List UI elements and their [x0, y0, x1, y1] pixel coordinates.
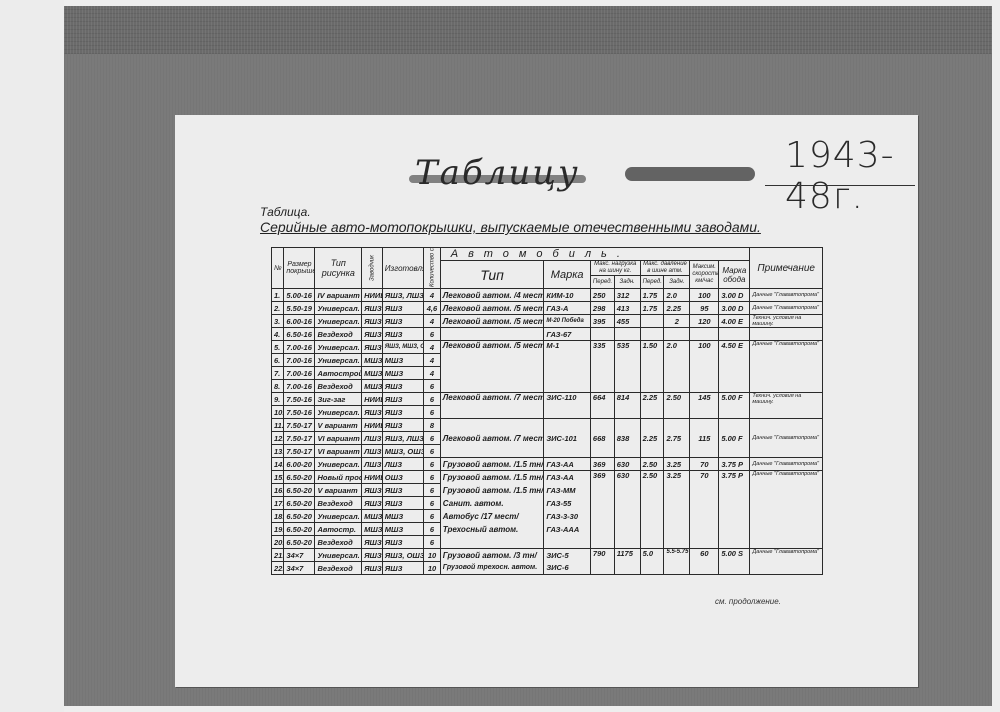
cell-plies: 6 [424, 471, 441, 484]
cell-type: Грузовой автом. /3 тн/ [440, 549, 544, 562]
cell-plant: НИИШ [362, 393, 383, 406]
cell-size: 7.50-17 [284, 445, 315, 458]
cell-plant: МШЗ [362, 510, 383, 523]
header-size: Размер покрышек [284, 248, 315, 289]
cell-plant: ЛШЗ [362, 458, 383, 471]
cell-speed: 100 [690, 341, 719, 393]
cell-size: 6.00-16 [284, 315, 315, 328]
cell-plies: 4 [424, 354, 441, 367]
cell-tread: Вездеход [315, 562, 362, 575]
cell-brand: ГАЗ-67 [544, 328, 591, 341]
cell-note: Данные "Глававтопрома" [750, 419, 823, 458]
cell-plant: МШЗ [362, 523, 383, 536]
header-auto-group: Автомобиль. [440, 248, 750, 261]
scribbled-out-text [625, 167, 755, 181]
cell-pressure-front: 2.50 [640, 458, 664, 471]
cell-plant: ЛШЗ [362, 432, 383, 445]
cell-maker: ЯШЗ [382, 419, 423, 432]
cell-plant: ЯШЗ [362, 406, 383, 419]
cell-rim: 4.50 E [719, 341, 750, 393]
cell-plant: ЯШЗ [362, 497, 383, 510]
cell-tread: Новый проф. [315, 471, 362, 484]
cell-type: Трехосный автом. [440, 523, 544, 536]
cell-rim: 5.00 F [719, 419, 750, 458]
cell-plies: 4 [424, 289, 441, 302]
cell-plant: МШЗ [362, 380, 383, 393]
cell-pressure-front: 2.25 [640, 393, 664, 419]
cell-plies: 10 [424, 549, 441, 562]
cell-maker: ЛШЗ [382, 458, 423, 471]
cell-maker: ЯШЗ, ЛШЗ [382, 432, 423, 445]
cell-load-rear: 630 [614, 458, 640, 471]
cell-plies: 6 [424, 445, 441, 458]
cell-note: Данные "Глававтопрома" [750, 302, 823, 315]
cell-num: 17. [272, 497, 284, 510]
cell-size: 6.50-20 [284, 523, 315, 536]
cell-size: 7.00-16 [284, 354, 315, 367]
cell-tread: Зиг-заг [315, 393, 362, 406]
cell-note: Технич. условия на машину. [750, 393, 823, 419]
cell-tread: Автострой [315, 367, 362, 380]
cell-speed: 70 [690, 458, 719, 471]
cell-load-front: 250 [590, 289, 614, 302]
cell-pressure-front: 1.75 [640, 289, 664, 302]
cell-plant: ЯШЗ [362, 549, 383, 562]
cell-plant: ЯШЗ [362, 536, 383, 549]
cell-type: Автобус /17 мест/ [440, 510, 544, 523]
cell-tread: V вариант [315, 419, 362, 432]
cell-num: 16. [272, 484, 284, 497]
cell-num: 7. [272, 367, 284, 380]
cell-type: Грузовой автом. /1.5 тн/ [440, 458, 544, 471]
cell-brand: М-20 Победа [544, 315, 591, 328]
cell-size: 7.50-17 [284, 419, 315, 432]
cell-num: 8. [272, 380, 284, 393]
cell-speed: 115 [690, 419, 719, 458]
cell-size: 7.00-16 [284, 367, 315, 380]
cell-plies: 6 [424, 497, 441, 510]
table-row: 15. 6.50-20 Новый проф. НИИШ ОШЗ 6 Грузо… [272, 471, 823, 484]
cell-pressure-front: 1.50 [640, 341, 664, 393]
cell-type: Грузовой автом. /1.5 тн/ [440, 471, 544, 484]
cell-pressure-rear: 2.0 [664, 289, 690, 302]
cell-load-rear: 630 [614, 471, 640, 549]
cell-brand: ЗИС-5 [544, 549, 591, 562]
cell-size: 7.00-16 [284, 341, 315, 354]
cell-tread: IV вариант [315, 289, 362, 302]
cell-maker: ЯШЗ [382, 497, 423, 510]
cell-num: 9. [272, 393, 284, 406]
cell-rim: 3.00 D [719, 289, 750, 302]
cell-maker: ОШЗ [382, 471, 423, 484]
cell-tread: VI вариант [315, 445, 362, 458]
cell-plies: 4 [424, 341, 441, 354]
cell-type [440, 328, 544, 341]
cell-speed: 145 [690, 393, 719, 419]
table-row: 14. 6.00-20 Универсал. ЛШЗ ЛШЗ 6 Грузово… [272, 458, 823, 471]
cell-num: 15. [272, 471, 284, 484]
cell-load-rear: 838 [614, 419, 640, 458]
cell-tread: Вездеход [315, 536, 362, 549]
cell-note: Данные "Глававтопрома" [750, 471, 823, 549]
cell-note: Технич. условия на машину. [750, 315, 823, 328]
cell-load-front: 298 [590, 302, 614, 315]
cell-plies: 6 [424, 523, 441, 536]
cell-size: 6.50-20 [284, 471, 315, 484]
cell-size: 6.50-20 [284, 536, 315, 549]
cell-maker: ЯШЗ [382, 302, 423, 315]
cell-note: Данные "Глававтопрома" [750, 458, 823, 471]
table-row: 9. 7.50-16 Зиг-заг НИИШ ЯШЗ 6 Легковой а… [272, 393, 823, 406]
cell-maker: ЯШЗ, ЛШЗ [382, 289, 423, 302]
cell-load-rear: 1175 [614, 549, 640, 575]
cell-pressure-rear: 5.5-5.75 [664, 549, 690, 575]
cell-tread: Вездеход [315, 328, 362, 341]
header-maker: Изготовляется [382, 248, 423, 289]
cell-plant: НИИШ [362, 471, 383, 484]
cell-plies: 6 [424, 380, 441, 393]
cell-brand: ЗИС-101 [544, 419, 591, 458]
header-plies: Количество слоев [424, 248, 441, 289]
cell-num: 20. [272, 536, 284, 549]
cell-load-front: 395 [590, 315, 614, 328]
cell-num: 22. [272, 562, 284, 575]
cell-type: Санит. автом. [440, 497, 544, 510]
cell-size: 5.00-16 [284, 289, 315, 302]
cell-plant: МШЗ [362, 354, 383, 367]
cell-pressure-rear: 2.50 [664, 393, 690, 419]
cell-maker: МШЗ [382, 354, 423, 367]
cell-num: 3. [272, 315, 284, 328]
header-rim: Марка обода [719, 261, 750, 289]
cell-speed: 60 [690, 549, 719, 575]
cell-tread: Универсал. [315, 406, 362, 419]
continued-note: см. продолжение. [715, 597, 781, 606]
cell-maker: ЯШЗ, МШЗ, ОШЗ [382, 341, 423, 354]
cell-plies: 4,6 [424, 302, 441, 315]
cell-size: 5.50-19 [284, 302, 315, 315]
cell-plies: 8 [424, 419, 441, 432]
header-plant: Заводчик [362, 248, 383, 289]
scan-margin [0, 0, 64, 712]
cell-maker: ЯШЗ [382, 406, 423, 419]
cell-num: 1. [272, 289, 284, 302]
cell-load-rear: 535 [614, 341, 640, 393]
cell-load-rear: 814 [614, 393, 640, 419]
cell-tread: Автостр. [315, 523, 362, 536]
cell-brand: М-1 [544, 341, 591, 393]
cell-maker: ЯШЗ [382, 562, 423, 575]
cell-type: Легковой автом. /4 мест/ [440, 289, 544, 302]
cell-num: 5. [272, 341, 284, 354]
cell-pressure-front: 2.50 [640, 471, 664, 549]
cell-num: 11. [272, 419, 284, 432]
cell-plies: 6 [424, 458, 441, 471]
cell-load-front: 790 [590, 549, 614, 575]
cell-num: 21. [272, 549, 284, 562]
cell-plies: 6 [424, 510, 441, 523]
cell-maker: МШЗ [382, 367, 423, 380]
handwritten-year: 1943-48г. [785, 135, 918, 217]
cell-num: 13. [272, 445, 284, 458]
table-row: 11. 7.50-17 V вариант НИИШ ЯШЗ 8 Легково… [272, 419, 823, 432]
cell-maker: МШЗ [382, 523, 423, 536]
cell-num: 6. [272, 354, 284, 367]
cell-rim: 5.00 F [719, 393, 750, 419]
cell-plies: 6 [424, 406, 441, 419]
cell-rim: 3.75 P [719, 471, 750, 549]
cell-rim: 5.00 S [719, 549, 750, 575]
cell-load-rear: 312 [614, 289, 640, 302]
cell-maker: ЯШЗ [382, 328, 423, 341]
cell-maker: ЯШЗ [382, 536, 423, 549]
cell-brand: КИМ-10 [544, 289, 591, 302]
header-load: Макс. нагрузка на шину кг. [590, 261, 640, 276]
cell-rim: 4.00 E [719, 315, 750, 328]
cell-num: 19. [272, 523, 284, 536]
cell-plant: ЯШЗ [362, 328, 383, 341]
cell-brand: ГАЗ-А [544, 302, 591, 315]
cell-brand: ГАЗ-АА [544, 458, 591, 471]
cell-plies: 6 [424, 393, 441, 406]
cell-size: 7.50-17 [284, 432, 315, 445]
cell-plant: ЯШЗ [362, 562, 383, 575]
cell-type: Грузовой трехосн. автом. [440, 562, 544, 575]
cell-num: 2. [272, 302, 284, 315]
cell-pressure-front [640, 315, 664, 328]
header-pressure-rear: Задн. [664, 276, 690, 289]
cell-plies: 6 [424, 484, 441, 497]
cell-speed: 70 [690, 471, 719, 549]
cell-size: 34×7 [284, 549, 315, 562]
header-brand: Марка [544, 261, 591, 289]
cell-num: 10. [272, 406, 284, 419]
table-title: Серийные авто-мотопокрышки, выпускаемые … [260, 219, 761, 235]
cell-num: 18. [272, 510, 284, 523]
cell-tread: V вариант [315, 484, 362, 497]
header-pressure-front: Перед. [640, 276, 664, 289]
cell-tread: VI вариант [315, 432, 362, 445]
cell-size: 7.50-16 [284, 406, 315, 419]
cell-tread: Универсал. [315, 549, 362, 562]
cell-size: 6.50-16 [284, 328, 315, 341]
tire-table: № п/п Размер покрышек Тип рисунка Заводч… [271, 247, 823, 575]
document-sheet: Таблицу 1943-48г. Таблица. Серийные авто… [175, 115, 918, 687]
cell-maker: ЯШЗ, ОШЗ [382, 549, 423, 562]
cell-pressure-rear: 3.25 [664, 458, 690, 471]
cell-plant: НИИШ [362, 289, 383, 302]
header-note: Примечание [750, 248, 823, 289]
cell-size: 7.50-16 [284, 393, 315, 406]
cell-plant: ЛШЗ [362, 445, 383, 458]
cell-size: 7.00-16 [284, 380, 315, 393]
cell-tread: Универсал. [315, 458, 362, 471]
cell-brand: ГАЗ-ААА [544, 523, 591, 536]
cell-tread: Универсал. [315, 510, 362, 523]
cell-tread: Вездеход [315, 497, 362, 510]
cell-pressure-front: 1.75 [640, 302, 664, 315]
cell-tread: Вездеход [315, 380, 362, 393]
table-row: 21. 34×7 Универсал. ЯШЗ ЯШЗ, ОШЗ 10 Груз… [272, 549, 823, 562]
table-row: 5. 7.00-16 Универсал. ЯШЗ ЯШЗ, МШЗ, ОШЗ … [272, 341, 823, 354]
cell-maker: МШЗ [382, 510, 423, 523]
cell-plant: ЯШЗ [362, 302, 383, 315]
cell-size: 6.50-20 [284, 510, 315, 523]
cell-tread: Универсал. [315, 315, 362, 328]
cell-speed: 100 [690, 289, 719, 302]
cell-type: Легковой автом. /7 мест/ [440, 393, 544, 419]
cell-load-front: 335 [590, 341, 614, 393]
table-row: 2. 5.50-19 Универсал. ЯШЗ ЯШЗ 4,6 Легков… [272, 302, 823, 315]
cell-pressure-rear: 2.0 [664, 341, 690, 393]
cell-type: Легковой автом. /5 мест/ [440, 315, 544, 328]
cell-plies: 6 [424, 536, 441, 549]
table-label: Таблица. [260, 205, 311, 219]
cell-type: Грузовой автом. /1.5 тн/ [440, 484, 544, 497]
cell-pressure-front: 5.0 [640, 549, 664, 575]
cell-type: Легковой автом. /5 мест/ [440, 341, 544, 393]
cell-speed: 120 [690, 315, 719, 328]
table-row: 4. 6.50-16 Вездеход ЯШЗ ЯШЗ 6 ГАЗ-67 [272, 328, 823, 341]
cell-plant: ЯШЗ [362, 315, 383, 328]
cell-pressure-rear: 2 [664, 315, 690, 328]
cell-plant: НИИШ [362, 419, 383, 432]
cell-maker: ЯШЗ [382, 380, 423, 393]
cell-rim: 3.00 D [719, 302, 750, 315]
cell-pressure-front: 2.25 [640, 419, 664, 458]
cell-maker: МШЗ, ОШЗ [382, 445, 423, 458]
cell-num: 4. [272, 328, 284, 341]
header-speed: Максим. скорость км/час [690, 261, 719, 289]
cell-note: Данные "Глававтопрома" [750, 341, 823, 393]
cell-brand: ГАЗ-3-30 [544, 510, 591, 523]
cell-size: 6.00-20 [284, 458, 315, 471]
table-row: 3. 6.00-16 Универсал. ЯШЗ ЯШЗ 4 Легковой… [272, 315, 823, 328]
cell-load-rear: 413 [614, 302, 640, 315]
cell-plant: ЯШЗ [362, 484, 383, 497]
cell-plies: 6 [424, 432, 441, 445]
cell-num: 14. [272, 458, 284, 471]
header-type: Тип [440, 261, 544, 289]
cell-maker: ЯШЗ [382, 393, 423, 406]
cell-maker: ЯШЗ [382, 315, 423, 328]
table-row: 1. 5.00-16 IV вариант НИИШ ЯШЗ, ЛШЗ 4 Ле… [272, 289, 823, 302]
header-tread: Тип рисунка [315, 248, 362, 289]
cell-plies: 6 [424, 328, 441, 341]
cell-num: 12. [272, 432, 284, 445]
cell-load-front: 369 [590, 471, 614, 549]
cell-plant: ЯШЗ [362, 341, 383, 354]
cell-pressure-rear: 2.75 [664, 419, 690, 458]
cell-brand: ЗИС-110 [544, 393, 591, 419]
cell-load-front: 369 [590, 458, 614, 471]
cell-tread: Универсал. [315, 354, 362, 367]
cell-brand: ГАЗ-АА [544, 471, 591, 484]
cell-note: Данные "Глававтопрома" [750, 289, 823, 302]
cell-rim: 3.75 P [719, 458, 750, 471]
cell-load-front: 664 [590, 393, 614, 419]
cell-brand: ГАЗ-ММ [544, 484, 591, 497]
cell-type: Легковой автом. /5 мест/ [440, 302, 544, 315]
cell-load-rear: 455 [614, 315, 640, 328]
cell-maker: ЯШЗ [382, 484, 423, 497]
cell-size: 34×7 [284, 562, 315, 575]
cell-pressure-rear: 2.25 [664, 302, 690, 315]
cell-brand: ЗИС-6 [544, 562, 591, 575]
cell-speed: 95 [690, 302, 719, 315]
cell-plies: 4 [424, 367, 441, 380]
cell-tread: Универсал. [315, 302, 362, 315]
cell-size: 6.50-20 [284, 484, 315, 497]
cell-size: 6.50-20 [284, 497, 315, 510]
header-pressure: Макс. давление в шине атм. [640, 261, 690, 276]
board-textured-band [64, 6, 992, 54]
cell-brand: ГАЗ-55 [544, 497, 591, 510]
header-num: № п/п [272, 248, 284, 289]
header-load-front: Перед. [590, 276, 614, 289]
cell-note: Данные "Глававтопрома" [750, 549, 823, 575]
crossed-out-title: Таблицу [415, 153, 580, 193]
header-load-rear: Задн. [614, 276, 640, 289]
cell-plies: 4 [424, 315, 441, 328]
cell-type: Легковой автом. /7 мест/ [440, 419, 544, 458]
cell-load-front: 668 [590, 419, 614, 458]
year-underline [765, 185, 915, 186]
cell-tread: Универсал. [315, 341, 362, 354]
cell-plant: МШЗ [362, 367, 383, 380]
cell-pressure-rear: 3.25 [664, 471, 690, 549]
cell-plies: 10 [424, 562, 441, 575]
